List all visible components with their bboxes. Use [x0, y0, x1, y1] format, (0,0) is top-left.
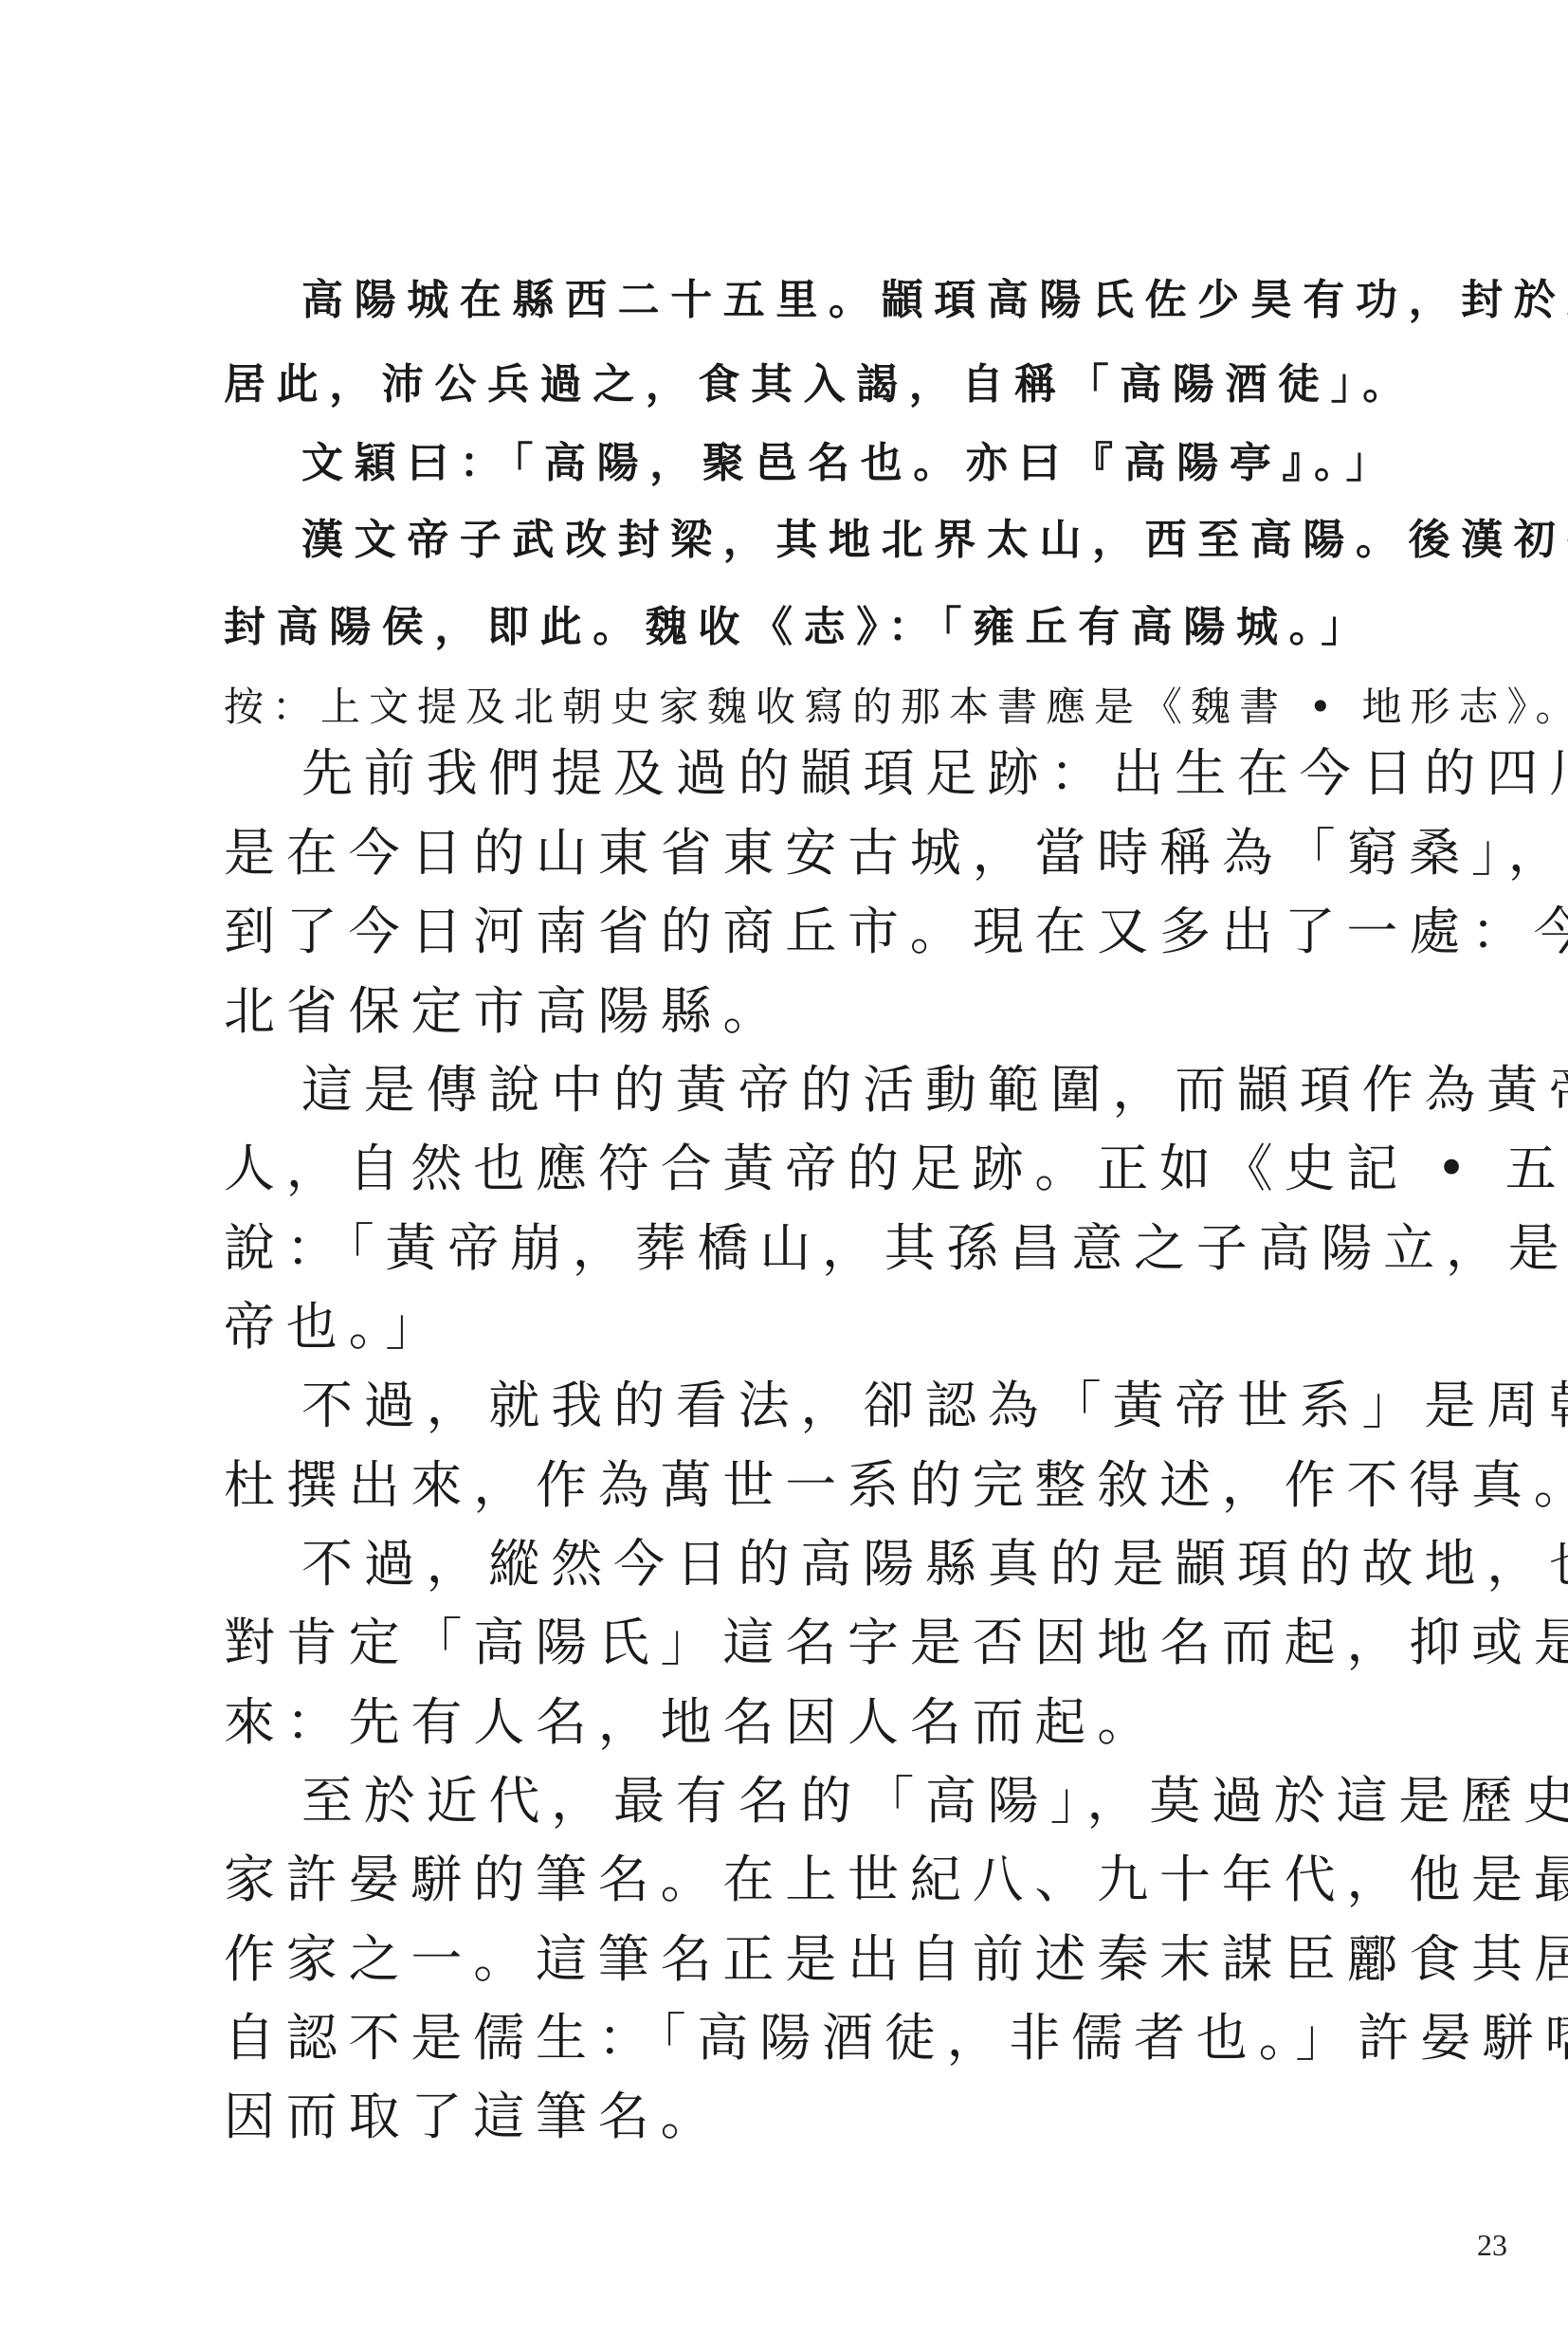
quote-line: 封高陽侯，即此。魏收《志》：「雍丘有高陽城。」 [224, 601, 1348, 654]
body-line: 到了今日河南省的商丘市。現在又多出了一處：今日的河 [224, 901, 1348, 963]
body-line: 北省保定市高陽縣。 [224, 980, 1348, 1043]
body-line: 是在今日的山東省東安古城，當時稱為「窮桑」，後來去 [224, 822, 1348, 884]
body-line: 作家之一。這筆名正是出自前述秦末謀臣酈食其居此，他 [224, 1928, 1348, 1991]
body-line: 家許晏駢的筆名。在上世紀八、九十年代，他是最暢銷的 [224, 1849, 1348, 1911]
body-line: 先前我們提及過的顓頊足跡：出生在今日的四川省，先 [301, 742, 1348, 805]
body-line: 至於近代，最有名的「高陽」，莫過於這是歷史小說作 [301, 1770, 1348, 1832]
body-line: 自認不是儒生：「高陽酒徒，非儒者也。」許晏駢嗜酒， [224, 2007, 1348, 2069]
quote-line: 居此，沛公兵過之，食其入謁，自稱「高陽酒徒」。 [224, 358, 1348, 411]
body-line: 帝也。」 [224, 1296, 1348, 1358]
quote-line: 文穎曰：「高陽，聚邑名也。亦曰『高陽亭』。」 [301, 437, 1426, 490]
body-line: 來：先有人名，地名因人名而起。 [224, 1691, 1348, 1754]
body-line: 說：「黃帝崩，葬橋山，其孫昌意之子高陽立，是為顓頊 [224, 1217, 1348, 1280]
body-line: 杜撰出來，作為萬世一系的完整敘述，作不得真。 [224, 1454, 1348, 1517]
body-line: 這是傳說中的黃帝的活動範圍，而顓頊作為黃帝的後 [301, 1059, 1348, 1121]
body-line: 不過，就我的看法，卻認為「黃帝世系」是周朝的人所 [301, 1375, 1348, 1437]
body-line: 對肯定「高陽氏」這名字是否因地名而起，抑或是反了過 [224, 1612, 1348, 1674]
body-line: 人，自然也應符合黃帝的足跡。正如《史記 • 五帝本紀》 [224, 1138, 1348, 1200]
book-page: 高陽城在縣西二十五里。顓頊高陽氏佐少昊有功，封於此。酈食其 居此，沛公兵過之，食… [0, 0, 1568, 2352]
editor-note: 按：上文提及北朝史家魏收寫的那本書應是《魏書 • 地形志》。 [224, 681, 1348, 734]
quote-line: 漢文帝子武改封梁，其地北界太山，西至高陽。後漢初平中，蔡邕 [301, 514, 1348, 567]
quote-line: 高陽城在縣西二十五里。顓頊高陽氏佐少昊有功，封於此。酈食其 [301, 274, 1348, 327]
page-number: 23 [1477, 2228, 1507, 2263]
body-line: 不過，縱然今日的高陽縣真的是顓頊的故地，也無法絕 [301, 1533, 1348, 1595]
body-line: 因而取了這筆名。 [224, 2086, 1348, 2148]
